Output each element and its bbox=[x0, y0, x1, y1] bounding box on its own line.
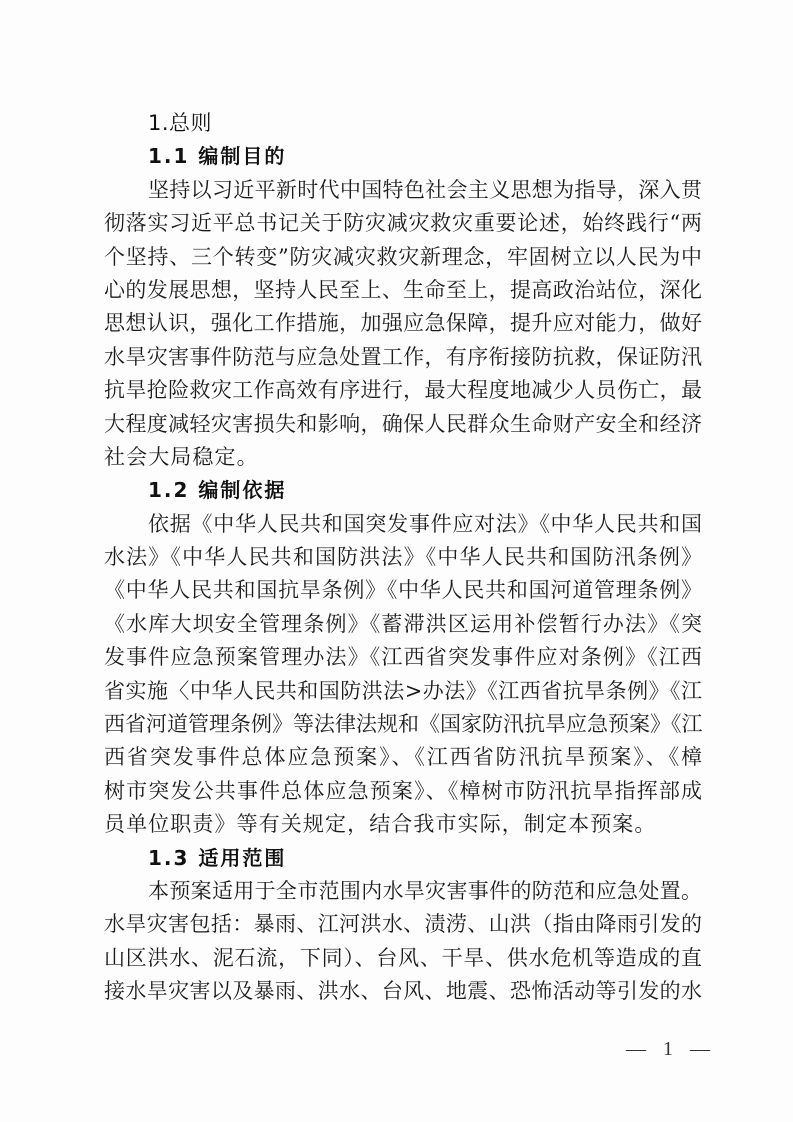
paragraph-line: 个坚持、三个转变”防灾减灾救灾新理念，牢固树立以人民为中 bbox=[104, 241, 702, 274]
paragraph-line: 坚持以习近平新时代中国特色社会主义思想为指导，深入贯 bbox=[104, 174, 702, 207]
paragraph-line: 省实施〈中华人民共和国防洪法>办法》《江西省抗旱条例》《江 bbox=[104, 675, 702, 708]
paragraph-line: 发事件应急预案管理办法》《江西省突发事件应对条例》《江西 bbox=[104, 641, 702, 674]
paragraph-line: 大程度减轻灾害损失和影响，确保人民群众生命财产安全和经济 bbox=[104, 408, 702, 441]
paragraph-line: 《水库大坝安全管理条例》《蓄滞洪区运用补偿暂行办法》《突 bbox=[104, 608, 702, 641]
paragraph-line: 彻落实习近平总书记关于防灾减灾救灾重要论述，始终践行“两 bbox=[104, 207, 702, 240]
paragraph-line: 思想认识，强化工作措施，加强应急保障，提升应对能力，做好 bbox=[104, 307, 702, 340]
page-number: — 1 — bbox=[626, 1038, 716, 1061]
subsection-heading-1-3: 1.3 适用范围 bbox=[104, 842, 702, 875]
paragraph-line: 山区洪水、泥石流，下同）、台风、干旱、供水危机等造成的直 bbox=[104, 942, 702, 975]
paragraph-line: 西省河道管理条例》等法律法规和《国家防汛抗旱应急预案》《江 bbox=[104, 708, 702, 741]
paragraph-line: 员单位职责》等有关规定，结合我市实际，制定本预案。 bbox=[104, 808, 702, 841]
section-title: 1.总则 bbox=[104, 107, 702, 140]
paragraph-line: 接水旱灾害以及暴雨、洪水、台风、地震、恐怖活动等引发的水 bbox=[104, 975, 702, 1008]
paragraph-line: 树市突发公共事件总体应急预案》、《樟树市防汛抗旱指挥部成 bbox=[104, 775, 702, 808]
paragraph-line: 西省突发事件总体应急预案》、《江西省防汛抗旱预案》、《樟 bbox=[104, 741, 702, 774]
paragraph-line: 抗旱抢险救灾工作高效有序进行，最大程度地减少人员伤亡，最 bbox=[104, 374, 702, 407]
paragraph-line: 社会大局稳定。 bbox=[104, 441, 702, 474]
subsection-heading-1-1: 1.1 编制目的 bbox=[104, 140, 702, 173]
document-page: 1.总则 1.1 编制目的 坚持以习近平新时代中国特色社会主义思想为指导，深入贯… bbox=[0, 0, 793, 1122]
paragraph-line: 水法》《中华人民共和国防洪法》《中华人民共和国防汛条例》 bbox=[104, 541, 702, 574]
subsection-heading-1-2: 1.2 编制依据 bbox=[104, 474, 702, 507]
paragraph-line: 水旱灾害包括：暴雨、江河洪水、渍涝、山洪（指由降雨引发的 bbox=[104, 908, 702, 941]
paragraph-line: 依据《中华人民共和国突发事件应对法》《中华人民共和国 bbox=[104, 508, 702, 541]
paragraph-line: 水旱灾害事件防范与应急处置工作，有序衔接防抗救，保证防汛 bbox=[104, 341, 702, 374]
paragraph-line: 心的发展思想，坚持人民至上、生命至上，提高政治站位，深化 bbox=[104, 274, 702, 307]
paragraph-line: 本预案适用于全市范围内水旱灾害事件的防范和应急处置。 bbox=[104, 875, 702, 908]
paragraph-line: 《中华人民共和国抗旱条例》《中华人民共和国河道管理条例》 bbox=[104, 574, 702, 607]
document-body: 1.总则 1.1 编制目的 坚持以习近平新时代中国特色社会主义思想为指导，深入贯… bbox=[104, 107, 702, 1009]
